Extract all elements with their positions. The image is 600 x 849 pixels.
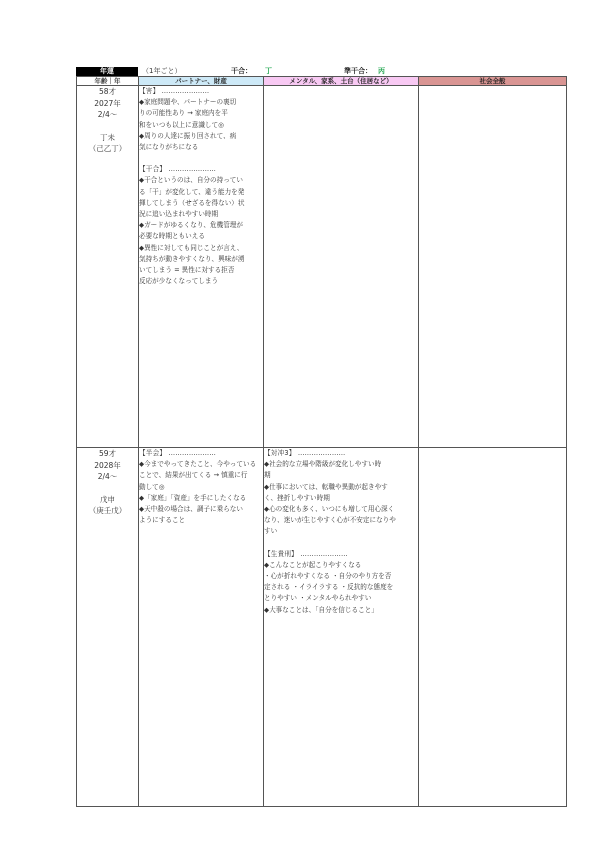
note-title: 【干合】 …………………: [139, 164, 263, 175]
note-title: 【害】 …………………: [139, 86, 263, 97]
age-cell: 58才 2027年 2/4〜 丁未 （己乙丁）: [77, 86, 139, 448]
fortune-table: 年齢｜年 パートナー、財産 メンタル、家系、土台（住居など） 社会全般 58才 …: [76, 76, 567, 807]
mental-cell: 【対冲3】 ………………… ◆社会的な立場や階級が変化しやすい時 期 ◆仕事にお…: [264, 448, 419, 807]
note-line: ことで、結果が出てくる → 慎重に行: [139, 470, 263, 481]
kanshi: 戊申: [77, 494, 138, 506]
note-line: ◆異性に対しても同じことが言え、: [139, 243, 263, 254]
note-title: 【半会】 …………………: [139, 448, 263, 459]
note-line: すい: [264, 526, 418, 537]
note-line: ◆心の変化も多く、いつにも増して用心深く: [264, 504, 418, 515]
note-line: なり、迷いが生じやすく心が不安定になりや: [264, 515, 418, 526]
note-block: 【半会】 ………………… ◆今までやってきたこと、今やっている ことで、結果が出…: [139, 448, 263, 526]
note-line: ◆こんなことが起こりやすくなる: [264, 560, 418, 571]
date: 2/4〜: [77, 471, 138, 483]
note-line: 期: [264, 470, 418, 481]
note-line: 気持ちが動きやすくなり、興味が湧: [139, 254, 263, 265]
note-line: ◆社会的な立場や階級が変化しやすい時: [264, 459, 418, 470]
jun-kango-label: 準干合：: [344, 67, 372, 76]
note-line: ◆周りの人達に振り回されて、病: [139, 131, 263, 142]
kango-label: 干合：: [231, 67, 252, 76]
age: 59才: [77, 448, 138, 460]
note-line: とりやすい ・メンタルやられやすい: [264, 593, 418, 604]
partner-cell: 【害】 ………………… ◆家庭問題や、パートナーの裏切 りの可能性あり → 家庭…: [139, 86, 264, 448]
year: 2028年: [77, 460, 138, 472]
note-line: く、挫折しやすい時期: [264, 493, 418, 504]
note-block: 【害】 ………………… ◆家庭問題や、パートナーの裏切 りの可能性あり → 家庭…: [139, 86, 263, 153]
header-row: 年運 （1年ごと） 干合： 丁 準干合： 丙: [76, 67, 566, 76]
note-line: いてしまう = 異性に対する拒否: [139, 265, 263, 276]
jun-kango-value: 丙: [378, 67, 385, 76]
kanshi: 丁未: [77, 132, 138, 144]
note-line: ◆干合というのは、自分の持ってい: [139, 175, 263, 186]
partner-cell: 【半会】 ………………… ◆今までやってきたこと、今やっている ことで、結果が出…: [139, 448, 264, 807]
note-line: りの可能性あり → 家庭内を平: [139, 108, 263, 119]
note-line: 動して◎: [139, 482, 263, 493]
nenun-label: 年運: [76, 67, 138, 76]
note-line: ◆大事なことは、「自分を信じること」: [264, 605, 418, 616]
note-line: ◆家庭問題や、パートナーの裏切: [139, 97, 263, 108]
note-line: ◆「家庭」「資産」を手にしたくなる: [139, 493, 263, 504]
document-page: 年運 （1年ごと） 干合： 丁 準干合： 丙 年齢｜年 パートナー、財産 メンタ…: [0, 0, 600, 849]
unit-note: （1年ごと）: [142, 67, 181, 76]
column-header-age: 年齢｜年: [77, 77, 139, 86]
society-cell: [419, 86, 567, 448]
note-line: 必要な時期ともいえる: [139, 231, 263, 242]
society-cell: [419, 448, 567, 807]
note-line: 反応が少なくなってしまう: [139, 276, 263, 287]
note-title: 【対冲3】 …………………: [264, 448, 418, 459]
column-header-row: 年齢｜年 パートナー、財産 メンタル、家系、土台（住居など） 社会全般: [77, 77, 567, 86]
age: 58才: [77, 86, 138, 98]
note-block: 【生貴刑】 ………………… ◆こんなことが起こりやすくなる ・心が折れやすくなる…: [264, 549, 418, 616]
zokan: （己乙丁）: [77, 143, 138, 155]
note-line: ◆今までやってきたこと、今やっている: [139, 459, 263, 470]
note-line: 況に追い込まれやすい時期: [139, 209, 263, 220]
zokan: （庚壬戊）: [77, 505, 138, 517]
note-title: 【生貴刑】 …………………: [264, 549, 418, 560]
date: 2/4〜: [77, 109, 138, 121]
note-line: 気になりがちになる: [139, 142, 263, 153]
note-line: 和をいつも以上に意識して◎: [139, 120, 263, 131]
table-row: 59才 2028年 2/4〜 戊申 （庚壬戊） 【半会】 ………………… ◆今ま…: [77, 448, 567, 807]
column-header-society: 社会全般: [419, 77, 567, 86]
note-block: 【干合】 ………………… ◆干合というのは、自分の持ってい る「干」が変化して、…: [139, 164, 263, 287]
age-cell: 59才 2028年 2/4〜 戊申 （庚壬戊）: [77, 448, 139, 807]
note-line: ・心が折れやすくなる ・自分のやり方を否: [264, 571, 418, 582]
mental-cell: [264, 86, 419, 448]
table-row: 58才 2027年 2/4〜 丁未 （己乙丁） 【害】 ………………… ◆家庭問…: [77, 86, 567, 448]
year: 2027年: [77, 98, 138, 110]
note-line: ◆ガードがゆるくなり、危機管理が: [139, 220, 263, 231]
note-line: る「干」が変化して、違う能力を発: [139, 187, 263, 198]
column-header-mental: メンタル、家系、土台（住居など）: [264, 77, 419, 86]
note-line: ◆仕事においては、転職や異動が起きやす: [264, 482, 418, 493]
kango-value: 丁: [265, 67, 272, 76]
note-line: 揮してしまう（せざるを得ない）状: [139, 198, 263, 209]
note-block: 【対冲3】 ………………… ◆社会的な立場や階級が変化しやすい時 期 ◆仕事にお…: [264, 448, 418, 538]
note-line: ◆天中殺の場合は、調子に乗らない: [139, 504, 263, 515]
note-line: ようにすること: [139, 515, 263, 526]
note-line: 定される ・イライラする ・反抗的な態度を: [264, 582, 418, 593]
column-header-partner: パートナー、財産: [139, 77, 264, 86]
